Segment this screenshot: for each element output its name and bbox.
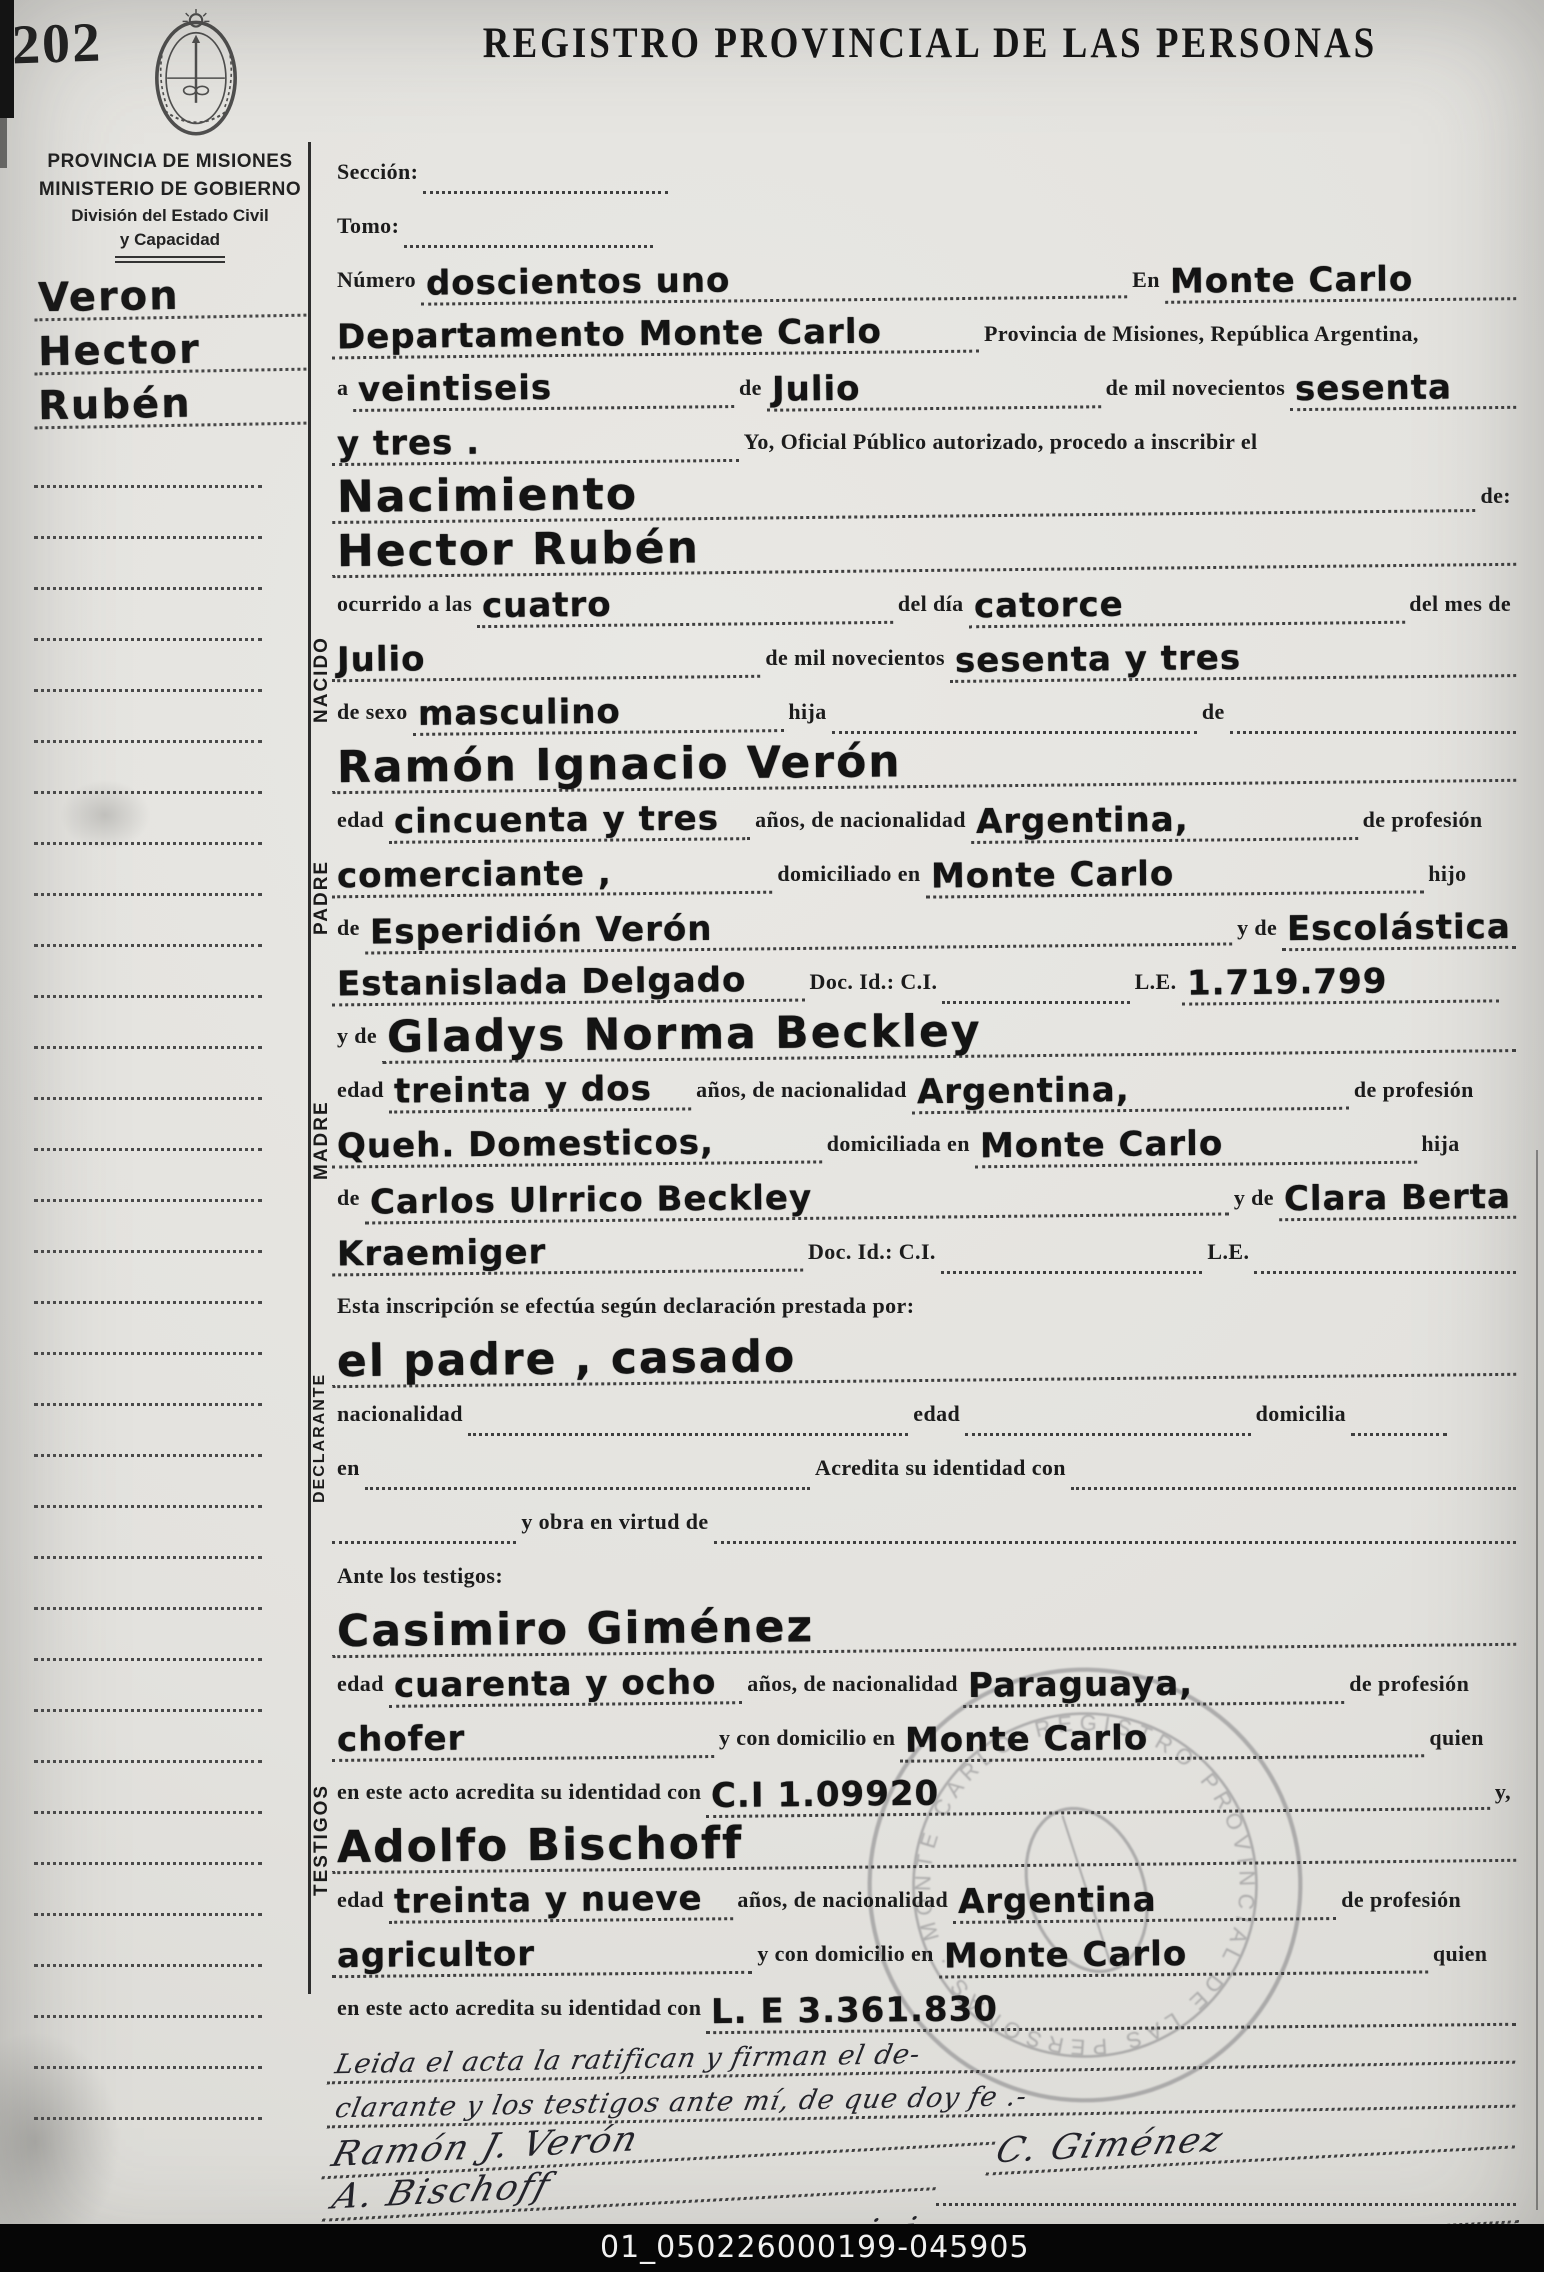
printed-label: y de xyxy=(1229,1186,1279,1220)
handwritten-entry: Paraguaya, xyxy=(963,1667,1345,1708)
handwritten-entry: y tres . xyxy=(332,425,739,466)
margin-surname: Veron xyxy=(34,263,307,322)
margin-blank-line xyxy=(34,896,262,947)
margin-blank-line xyxy=(34,539,262,590)
handwritten-entry: Monte Carlo xyxy=(939,1937,1428,1979)
handwritten-entry: Adolfo Bischoff xyxy=(332,1816,1516,1874)
printed-label: Yo, Oficial Público autorizado, procedo … xyxy=(739,430,1263,464)
handwritten-entry: Kraemiger xyxy=(332,1235,803,1277)
archive-code: 01_050226000199-045905 xyxy=(600,2230,1030,2265)
printed-label: Ante los testigos: xyxy=(332,1564,508,1598)
form-line: el padre , casado xyxy=(332,1328,1516,1382)
coat-of-arms-icon xyxy=(142,8,250,142)
handwritten-entry: Queh. Domesticos, xyxy=(332,1127,822,1169)
printed-label: y con domicilio en xyxy=(714,1726,900,1760)
printed-label: de xyxy=(332,916,365,950)
form-line: Ramón Ignacio Verón xyxy=(332,734,1516,788)
printed-label: L.E. xyxy=(1130,970,1182,1004)
section-label-padre: PADRE xyxy=(311,800,335,995)
handwritten-entry: Carlos Ulrrico Beckley xyxy=(365,1179,1229,1225)
page-number-stamp: 202 xyxy=(11,10,103,77)
form-line: nacionalidadedaddomicilia xyxy=(332,1382,1516,1436)
printed-label: nacionalidad xyxy=(332,1402,468,1436)
margin-blank-line xyxy=(34,2018,262,2069)
form-line: chofery con domicilio enMonte Carloquien xyxy=(332,1706,1516,1760)
printed-label: L.E. xyxy=(1202,1240,1254,1274)
printed-label: de profesión xyxy=(1344,1672,1474,1706)
printed-label: hijo xyxy=(1423,862,1471,896)
margin-blank-line xyxy=(34,1100,262,1151)
margin-blank-line xyxy=(34,1406,262,1457)
handwritten-entry: agricultor xyxy=(332,1937,753,1978)
handwritten-entry: Julio xyxy=(332,641,761,682)
handwritten-entry: Escolástica xyxy=(1282,912,1516,951)
margin-blank-line xyxy=(34,794,262,845)
margin-blank-line xyxy=(34,1151,262,1202)
form-lines: Sección:Tomo:Númerodoscientos unoEnMonte… xyxy=(332,140,1516,2250)
printed-label: a xyxy=(332,376,353,410)
form-line: Casimiro Giménez xyxy=(332,1598,1516,1652)
printed-label: del mes de xyxy=(1404,592,1516,626)
handwritten-entry: Monte Carlo xyxy=(925,857,1423,899)
printed-label: edad xyxy=(332,1888,389,1922)
letterhead-division: División del Estado Civil xyxy=(34,204,306,228)
scan-edge-artifact xyxy=(1536,1150,1538,2210)
handwritten-entry: veintiseis xyxy=(353,371,734,412)
handwritten-entry: comerciante , xyxy=(332,857,773,898)
margin-blank-line xyxy=(34,1304,262,1355)
handwritten-entry: Nacimiento xyxy=(332,466,1476,524)
printed-label: de mil novecientos xyxy=(760,646,950,680)
printed-label: En xyxy=(1127,268,1165,302)
handwritten-entry: Estanislada Delgado xyxy=(332,965,805,1007)
letterhead-province: PROVINCIA DE MISIONES xyxy=(34,148,306,176)
printed-label: domiciliado en xyxy=(772,862,925,896)
handwritten-entry: Julio xyxy=(767,372,1101,412)
margin-blank-line xyxy=(34,2069,262,2120)
form-line: y deGladys Norma Beckley xyxy=(332,1004,1516,1058)
form-line: ocurrido a lascuatrodel díacatorcedel me… xyxy=(332,572,1516,626)
form-line: edadcincuenta y tresaños, de nacionalida… xyxy=(332,788,1516,842)
printed-label: edad xyxy=(332,1078,389,1112)
handwritten-entry: Monte Carlo xyxy=(900,1721,1424,1763)
printed-label: de profesión xyxy=(1349,1078,1479,1112)
handwritten-entry: Argentina, xyxy=(971,803,1358,844)
margin-blank-line xyxy=(34,743,262,794)
margin-blank-line xyxy=(34,1865,262,1916)
printed-label: Acredita su identidad con xyxy=(810,1456,1071,1490)
form-line: deCarlos Ulrrico Beckleyy deClara Berta xyxy=(332,1166,1516,1220)
printed-label: años, de nacionalidad xyxy=(750,808,971,842)
printed-label: Sección: xyxy=(332,160,423,194)
handwritten-entry: Esperidión Verón xyxy=(365,909,1233,955)
printed-label: quien xyxy=(1428,1942,1493,1976)
document-title: REGISTRO PROVINCIAL DE LAS PERSONAS xyxy=(350,18,1510,69)
margin-blank-line xyxy=(34,692,262,743)
form-line: edadtreinta y dosaños, de nacionalidadAr… xyxy=(332,1058,1516,1112)
handwritten-entry: doscientos uno xyxy=(421,262,1127,306)
handwritten-entry: Clara Berta xyxy=(1279,1182,1516,1221)
printed-label: Tomo: xyxy=(332,214,404,248)
printed-label: y obra en virtud de xyxy=(516,1510,713,1544)
form-line: KraemigerDoc. Id.: C.I.L.E. xyxy=(332,1220,1516,1274)
left-margin: PROVINCIA DE MISIONES MINISTERIO DE GOBI… xyxy=(34,148,306,2120)
handwritten-entry: Ramón Ignacio Verón xyxy=(332,736,1516,794)
form-line: Tomo: xyxy=(332,194,1516,248)
form-line: de sexomasculinohijade xyxy=(332,680,1516,734)
margin-blank-line xyxy=(34,1202,262,1253)
printed-label: en xyxy=(332,1456,365,1490)
printed-label: Doc. Id.: C.I. xyxy=(803,1240,941,1274)
section-label-madre: MADRE xyxy=(311,1015,335,1265)
printed-label: años, de nacionalidad xyxy=(732,1888,953,1922)
form-line: Queh. Domesticos,domiciliada enMonte Car… xyxy=(332,1112,1516,1166)
printed-label: del día xyxy=(893,592,969,626)
margin-blank-line xyxy=(34,437,262,488)
section-label-declarante: DECLARANTE xyxy=(311,1340,335,1535)
printed-label: Provincia de Misiones, República Argenti… xyxy=(979,322,1424,356)
printed-label: Esta inscripción se efectúa según declar… xyxy=(332,1294,919,1328)
printed-label: de sexo xyxy=(332,700,413,734)
handwritten-entry: sesenta xyxy=(1290,372,1516,411)
margin-blank-line xyxy=(34,1253,262,1304)
margin-blank-line xyxy=(34,1814,262,1865)
printed-label: de xyxy=(734,376,767,410)
printed-label: hija xyxy=(783,700,831,734)
form-line: enAcredita su identidad con xyxy=(332,1436,1516,1490)
handwritten-entry: Monte Carlo xyxy=(975,1127,1417,1168)
printed-label: y, xyxy=(1490,1780,1516,1814)
handwritten-entry: Argentina, xyxy=(912,1073,1349,1114)
margin-blank-line xyxy=(34,1559,262,1610)
form-line: y tres .Yo, Oficial Público autorizado, … xyxy=(332,410,1516,464)
form-line: aveintiseisdeJuliode mil novecientossese… xyxy=(332,356,1516,410)
form-line: Estanislada DelgadoDoc. Id.: C.I.L.E.1.7… xyxy=(332,950,1516,1004)
handwritten-entry: C.I 1.09920 xyxy=(706,1773,1490,1818)
handwritten-entry: cincuenta y tres xyxy=(389,804,751,844)
margin-blank-line xyxy=(34,1763,262,1814)
margin-blank-line xyxy=(34,488,262,539)
form-line: Nacimientode: xyxy=(332,464,1516,518)
margin-blank-line xyxy=(34,1508,262,1559)
printed-label: en este acto acredita su identidad con xyxy=(332,1780,706,1814)
printed-label: y con domicilio en xyxy=(752,1942,938,1976)
form-line: y obra en virtud de xyxy=(332,1490,1516,1544)
handwritten-entry: masculino xyxy=(412,695,783,735)
form-line: comerciante ,domiciliado enMonte Carlohi… xyxy=(332,842,1516,896)
form-line: Departamento Monte CarloProvincia de Mis… xyxy=(332,302,1516,356)
handwritten-entry: cuarenta y ocho xyxy=(389,1668,743,1708)
printed-label: Número xyxy=(332,268,421,302)
handwritten-entry: Gladys Norma Beckley xyxy=(382,1006,1516,1063)
margin-blank-line xyxy=(34,998,262,1049)
margin-blank-line xyxy=(34,1355,262,1406)
printed-label: de: xyxy=(1475,484,1516,518)
printed-label: quien xyxy=(1424,1726,1489,1760)
handwritten-entry: sesenta y tres xyxy=(950,640,1516,683)
margin-blank-line xyxy=(34,1967,262,2018)
form-line: Hector Rubén xyxy=(332,518,1516,572)
handwritten-entry: catorce xyxy=(968,587,1404,628)
letterhead-divider xyxy=(115,256,225,263)
form-line: Esta inscripción se efectúa según declar… xyxy=(332,1274,1516,1328)
letterhead-division2: y Capacidad xyxy=(34,228,306,252)
margin-blank-line xyxy=(34,845,262,896)
letterhead-ministry: MINISTERIO DE GOBIERNO xyxy=(34,176,306,204)
printed-label: y de xyxy=(1232,916,1282,950)
form-line: Ante los testigos: xyxy=(332,1544,1516,1598)
margin-blank-line xyxy=(34,1049,262,1100)
section-label-testigos: TESTIGOS xyxy=(311,1660,335,2020)
margin-given-name: Hector xyxy=(34,317,307,376)
margin-given-name2: Rubén xyxy=(34,371,307,430)
printed-label: en este acto acredita su identidad con xyxy=(332,1996,706,2030)
printed-label: de xyxy=(332,1186,365,1220)
scan-edge-artifact xyxy=(0,118,7,168)
form-line: en este acto acredita su identidad conC.… xyxy=(332,1760,1516,1814)
printed-label: Doc. Id.: C.I. xyxy=(805,970,943,1004)
handwritten-entry: cuatro xyxy=(477,587,893,628)
section-label-nacido: NACIDO xyxy=(311,575,335,785)
printed-label: domicilia xyxy=(1251,1402,1351,1436)
handwritten-entry: Argentina xyxy=(953,1883,1336,1924)
form-line: agricultory con domicilio enMonte Carloq… xyxy=(332,1922,1516,1976)
printed-label: edad xyxy=(908,1402,965,1436)
printed-label: de profesión xyxy=(1358,808,1488,842)
handwritten-entry: el padre , casado xyxy=(332,1330,1516,1388)
printed-label: ocurrido a las xyxy=(332,592,477,626)
handwritten-entry: Hector Rubén xyxy=(332,520,1516,578)
margin-blank-line xyxy=(34,947,262,998)
handwritten-entry: chofer xyxy=(332,1721,714,1762)
printed-label: de profesión xyxy=(1336,1888,1466,1922)
form-line: Leida el acta la ratifican y firman el d… xyxy=(332,2030,1516,2074)
form-line: edadtreinta y nueveaños, de nacionalidad… xyxy=(332,1868,1516,1922)
form-line: Adolfo Bischoff xyxy=(332,1814,1516,1868)
handwritten-entry: L. E 3.361.830 xyxy=(706,1989,1516,2034)
form-line: Juliode mil novecientossesenta y tres xyxy=(332,626,1516,680)
handwritten-entry: treinta y dos xyxy=(389,1074,692,1114)
printed-label: de mil novecientos xyxy=(1101,376,1291,410)
form-line: Númerodoscientos unoEnMonte Carlo xyxy=(332,248,1516,302)
form-line: Sección: xyxy=(332,140,1516,194)
form-line: deEsperidión Veróny deEscolástica xyxy=(332,896,1516,950)
form-line: en este acto acredita su identidad conL.… xyxy=(332,1976,1516,2030)
printed-label: edad xyxy=(332,808,389,842)
printed-label: años, de nacionalidad xyxy=(742,1672,963,1706)
handwritten-entry: Departamento Monte Carlo xyxy=(332,316,979,359)
printed-label: de xyxy=(1197,700,1230,734)
handwritten-entry: treinta y nueve xyxy=(389,1884,733,1924)
handwritten-entry: Casimiro Giménez xyxy=(332,1600,1516,1658)
printed-label: años, de nacionalidad xyxy=(691,1078,912,1112)
handwritten-entry: 1.719.799 xyxy=(1181,966,1498,1006)
margin-blank-line xyxy=(34,590,262,641)
printed-label: y de xyxy=(332,1024,382,1058)
margin-blank-line xyxy=(34,1712,262,1763)
margin-blank-line xyxy=(34,1916,262,1967)
margin-blank-line xyxy=(34,1610,262,1661)
handwritten-entry: Monte Carlo xyxy=(1165,264,1517,304)
margin-blank-line xyxy=(34,641,262,692)
margin-blank-line xyxy=(34,1457,262,1508)
scanned-birth-certificate: 202 REGISTRO PROVINCIAL DE LAS PERSONAS … xyxy=(0,0,1544,2272)
printed-label: edad xyxy=(332,1672,389,1706)
margin-blank-line xyxy=(34,1661,262,1712)
printed-label: hija xyxy=(1416,1132,1464,1166)
form-line: edadcuarenta y ochoaños, de nacionalidad… xyxy=(332,1652,1516,1706)
margin-blank-lines xyxy=(34,437,306,2120)
printed-label: domiciliada en xyxy=(822,1132,975,1166)
